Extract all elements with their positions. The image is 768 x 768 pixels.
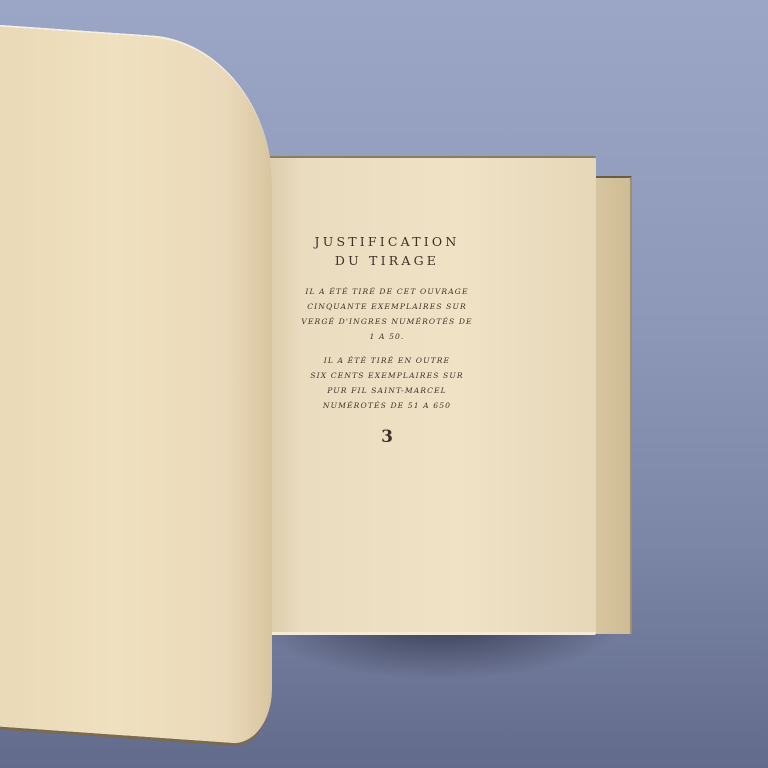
para1-line: VERGÉ D'INGRES NUMÉROTÉS DE xyxy=(262,314,512,329)
para1-line: CINQUANTE EXEMPLAIRES SUR xyxy=(262,299,512,314)
title-line-1: JUSTIFICATION xyxy=(262,232,512,251)
justification-text: JUSTIFICATION DU TIRAGE IL A ÉTÉ TIRÉ DE… xyxy=(262,232,512,447)
para2-line: NUMÉROTÉS DE 51 A 650 xyxy=(262,398,512,413)
paragraph-2: IL A ÉTÉ TIRÉ EN OUTRE SIX CENTS EXEMPLA… xyxy=(262,353,512,413)
para2-line: SIX CENTS EXEMPLAIRES SUR xyxy=(262,368,512,383)
title-line-2: DU TIRAGE xyxy=(262,251,512,270)
copy-number: 3 xyxy=(262,427,512,447)
left-page-curled xyxy=(0,22,272,749)
paragraph-1: IL A ÉTÉ TIRÉ DE CET OUVRAGE CINQUANTE E… xyxy=(262,284,512,344)
photo-scene: JUSTIFICATION DU TIRAGE IL A ÉTÉ TIRÉ DE… xyxy=(0,0,768,768)
para1-line: 1 A 50. xyxy=(262,329,512,344)
para2-line: PUR FIL SAINT-MARCEL xyxy=(262,383,512,398)
para1-line: IL A ÉTÉ TIRÉ DE CET OUVRAGE xyxy=(262,284,512,299)
para2-line: IL A ÉTÉ TIRÉ EN OUTRE xyxy=(262,353,512,368)
